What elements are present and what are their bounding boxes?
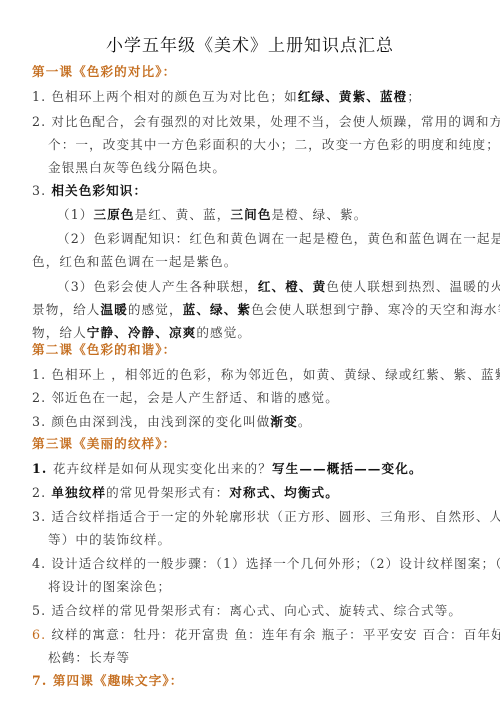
lesson3-item4-line1: 4. 设计适合纹样的一般步骤：（1）选择一个几何外形；（2）设计纹样图案；（3）	[32, 553, 500, 572]
lesson1-item2-line3: 金银黑白灰等色线分隔色块。	[48, 157, 226, 176]
number: 6.	[32, 627, 46, 642]
number: 1.	[32, 461, 53, 476]
lesson1-sub2-line1: （2）色彩调配知识：红色和黄色调在一起是橙色，黄色和蓝色调在一起是绿	[57, 228, 500, 247]
lesson3-item3-line1: 3. 适合纹样指适合于一定的外轮廓形状（正方形、圆形、三角形、自然形、人造形	[32, 506, 500, 525]
bold-text: 蓝、绿、紫	[183, 302, 251, 317]
text: （1）	[57, 207, 94, 222]
lesson4-heading: 7. 第四课《趣味文字》：	[32, 670, 183, 689]
lesson3-item1: 1. 花卉纹样是如何从现实变化出来的？写生——概括——变化。	[32, 458, 423, 477]
text: 花卉纹样是如何从现实变化出来的？	[53, 461, 272, 476]
bold-text: 对称式、均衡式。	[229, 485, 339, 500]
lesson1-sub1: （1）三原色是红、黄、蓝，三间色是橙、绿、紫。	[57, 204, 367, 223]
lesson2-heading: 第二课《色彩的和谐》：	[32, 339, 176, 358]
text: （3）色彩会使人产生各种联想，	[57, 279, 258, 294]
lesson3-item6-line2: 松鹤：长寿等	[48, 647, 130, 666]
bold-text: 单独纹样	[51, 485, 106, 500]
bold-text: 红、橙、黄	[258, 279, 326, 294]
text: 3. 颜色由深到浅，由浅到深的变化叫做	[32, 414, 270, 429]
bold-text: 温暖	[100, 302, 127, 317]
bold-text: 写生——概括——变化。	[272, 461, 423, 476]
text: 色使人联想到热烈、温暖的火焰等	[326, 279, 500, 294]
lesson1-item2-line2: 个：一，改变其中一方色彩面积的大小；二，改变一方色彩的明度和纯度；三，用	[48, 134, 500, 153]
lesson3-item3-line2: 等）中的装饰纹样。	[48, 529, 171, 548]
lesson1-heading: 第一课《色彩的对比》：	[32, 61, 176, 80]
lesson1-sub3-line1: （3）色彩会使人产生各种联想，红、橙、黄色使人联想到热烈、温暖的火焰等	[57, 276, 500, 295]
text: 是红、黄、蓝，	[135, 207, 231, 222]
lesson1-sub3-line2: 景物，给人温暖的感觉，蓝、绿、紫色会使人联想到宁静、寒冷的天空和海水等景	[32, 299, 500, 318]
lesson2-item1: 1. 色相环上 ，相邻近的色彩，称为邻近色，如黄、黄绿、绿或红紫、紫、蓝紫等。	[32, 364, 500, 383]
lesson3-item4-line2: 将设计的图案涂色；	[48, 576, 171, 595]
lesson3-item6-line1: 6. 纹样的寓意：牡丹：花开富贵 鱼：连年有余 瓶子：平平安安 百合：百年好合	[32, 624, 500, 643]
text: 2.	[32, 485, 51, 500]
text: 的常见骨架形式有：	[106, 485, 229, 500]
lesson1-item1: 1. 色相环上两个相对的颜色互为对比色；如红绿、黄紫、蓝橙；	[32, 86, 421, 105]
text: 是橙、绿、紫。	[272, 207, 368, 222]
document-title: 小学五年级《美术》上册知识点汇总	[0, 31, 500, 56]
text: 物，给人	[32, 325, 87, 340]
lesson3-item2: 2. 单独纹样的常见骨架形式有：对称式、均衡式。	[32, 482, 339, 501]
lesson1-item3: 3. 相关色彩知识：	[32, 180, 147, 199]
text: 纹样的寓意：牡丹：花开富贵 鱼：连年有余 瓶子：平平安安 百合：百年好合	[46, 627, 500, 642]
lesson1-sub2-line2: 色，红色和蓝色调在一起是紫色。	[32, 251, 237, 270]
text: 的感觉，	[128, 302, 183, 317]
text: ；	[407, 89, 421, 104]
bold-text: 渐变	[270, 414, 297, 429]
bold-text: 红绿、黄紫、蓝橙	[298, 89, 408, 104]
bold-text: 三间色	[230, 207, 271, 222]
lesson3-heading: 第三课《美丽的纹样》：	[32, 433, 176, 452]
lesson2-item2: 2. 邻近色在一起，会是人产生舒适、和谐的感觉。	[32, 387, 339, 406]
bold-text: 三原色	[94, 207, 135, 222]
text: 色会使人联想到宁静、寒冷的天空和海水等景	[251, 302, 500, 317]
text: 1. 色相环上两个相对的颜色互为对比色；如	[32, 89, 298, 104]
lesson2-item3: 3. 颜色由深到浅，由浅到深的变化叫做渐变。	[32, 411, 312, 430]
text: 的感觉。	[196, 325, 251, 340]
bold-text: 宁静、冷静、凉爽	[87, 325, 197, 340]
text: 。	[298, 414, 312, 429]
text: 景物，给人	[32, 302, 100, 317]
document-page: 小学五年级《美术》上册知识点汇总 第一课《色彩的对比》： 1. 色相环上两个相对…	[0, 0, 500, 707]
lesson1-item2-line1: 2. 对比色配合，会有强烈的对比效果，处理不当，会使人烦躁，常用的调和方法有三	[32, 111, 500, 130]
bold-text: 相关色彩知识：	[51, 183, 147, 198]
lesson3-item5: 5. 适合纹样的常见骨架形式有：离心式、向心式、旋转式、综合式等。	[32, 600, 462, 619]
text: 3.	[32, 183, 51, 198]
